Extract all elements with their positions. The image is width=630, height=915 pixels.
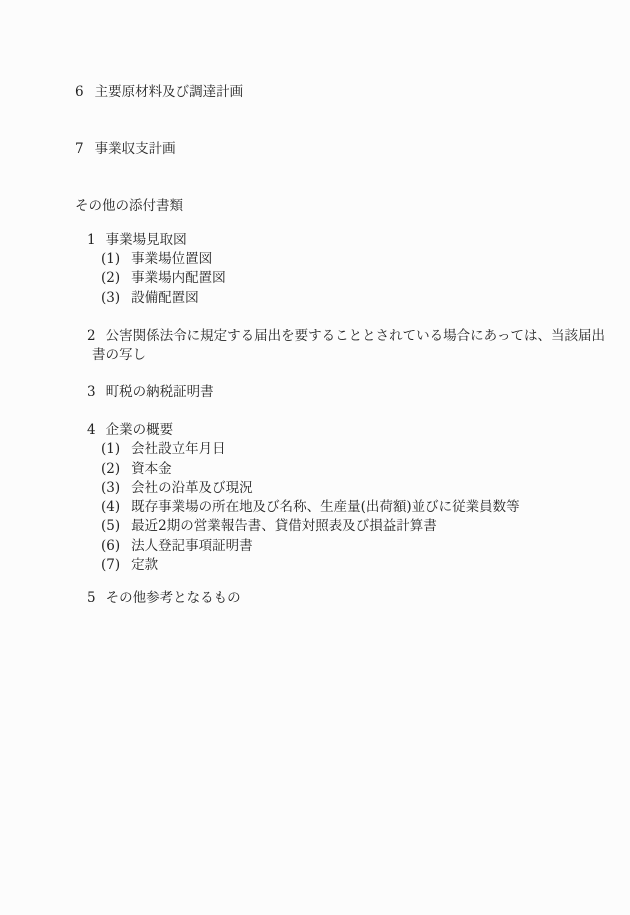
section-heading: その他の添付書類: [75, 197, 630, 216]
sub-item-marker: (4): [101, 499, 120, 515]
item-label: 公害関係法令に規定する届出を要することとされている場合にあっては、当該届出: [106, 328, 605, 344]
item-number: 6: [75, 84, 84, 100]
sub-item: (2)資本金: [101, 460, 630, 479]
sub-item: (2)事業場内配置図: [101, 269, 630, 288]
sub-item-marker: (5): [101, 518, 120, 534]
sub-item: (1)会社設立年月日: [101, 440, 630, 459]
sub-item-label: 会社の沿革及び現況: [131, 480, 253, 496]
sub-item-label: 最近2期の営業報告書、貸借対照表及び損益計算書: [131, 518, 437, 534]
sub-item-marker: (3): [101, 480, 120, 496]
item-label: 町税の納税証明書: [106, 384, 214, 400]
sub-item-marker: (1): [101, 441, 120, 457]
item-number: 3: [87, 384, 96, 400]
sub-item-marker: (7): [101, 557, 120, 573]
sub-item-marker: (6): [101, 538, 120, 554]
sub-item-label: 法人登記事項証明書: [131, 538, 253, 554]
sub-item: (6)法人登記事項証明書: [101, 537, 630, 556]
sub-item: (3)設備配置図: [101, 289, 630, 308]
item-number: 4: [87, 422, 96, 438]
sub-item-label: 事業場位置図: [131, 251, 212, 267]
list-item-4: 4企業の概要: [87, 421, 630, 440]
list-item-2-continuation: 書の写し: [92, 346, 630, 365]
sub-item-label: 資本金: [131, 461, 172, 477]
sub-item-label: 会社設立年月日: [131, 441, 226, 457]
sub-item-marker: (2): [101, 461, 120, 477]
sub-item-label: 既存事業場の所在地及び名称、生産量(出荷額)並びに従業員数等: [131, 499, 520, 515]
item-label: 事業場見取図: [106, 232, 187, 248]
item-number: 5: [87, 590, 96, 606]
sub-item-label: 設備配置図: [131, 290, 199, 306]
item-number: 1: [87, 232, 96, 248]
list-item-2: 2公害関係法令に規定する届出を要することとされている場合にあっては、当該届出: [87, 327, 630, 346]
item-number: 2: [87, 328, 96, 344]
sub-item-marker: (2): [101, 270, 120, 286]
sub-item-label: 定款: [131, 557, 158, 573]
sub-item-marker: (1): [101, 251, 120, 267]
item-label: 企業の概要: [106, 422, 174, 438]
document-page: 6主要原材料及び調達計画 7事業収支計画 その他の添付書類 1事業場見取図 (1…: [0, 0, 630, 915]
sub-item: (5)最近2期の営業報告書、貸借対照表及び損益計算書: [101, 517, 630, 536]
item-label: 主要原材料及び調達計画: [95, 84, 244, 100]
sub-item-marker: (3): [101, 290, 120, 306]
sub-item: (4)既存事業場の所在地及び名称、生産量(出荷額)並びに従業員数等: [101, 498, 630, 517]
item-label: その他参考となるもの: [106, 590, 241, 606]
sub-item: (3)会社の沿革及び現況: [101, 479, 630, 498]
list-item-7: 7事業収支計画: [75, 140, 630, 159]
sub-item-label: 事業場内配置図: [131, 270, 226, 286]
sub-item: (1)事業場位置図: [101, 250, 630, 269]
list-item-6: 6主要原材料及び調達計画: [75, 83, 630, 102]
list-item-3: 3町税の納税証明書: [87, 383, 630, 402]
list-item-5: 5その他参考となるもの: [87, 589, 630, 608]
item-number: 7: [75, 141, 84, 157]
sub-item: (7)定款: [101, 556, 630, 575]
list-item-1: 1事業場見取図: [87, 231, 630, 250]
item-label: 事業収支計画: [95, 141, 176, 157]
